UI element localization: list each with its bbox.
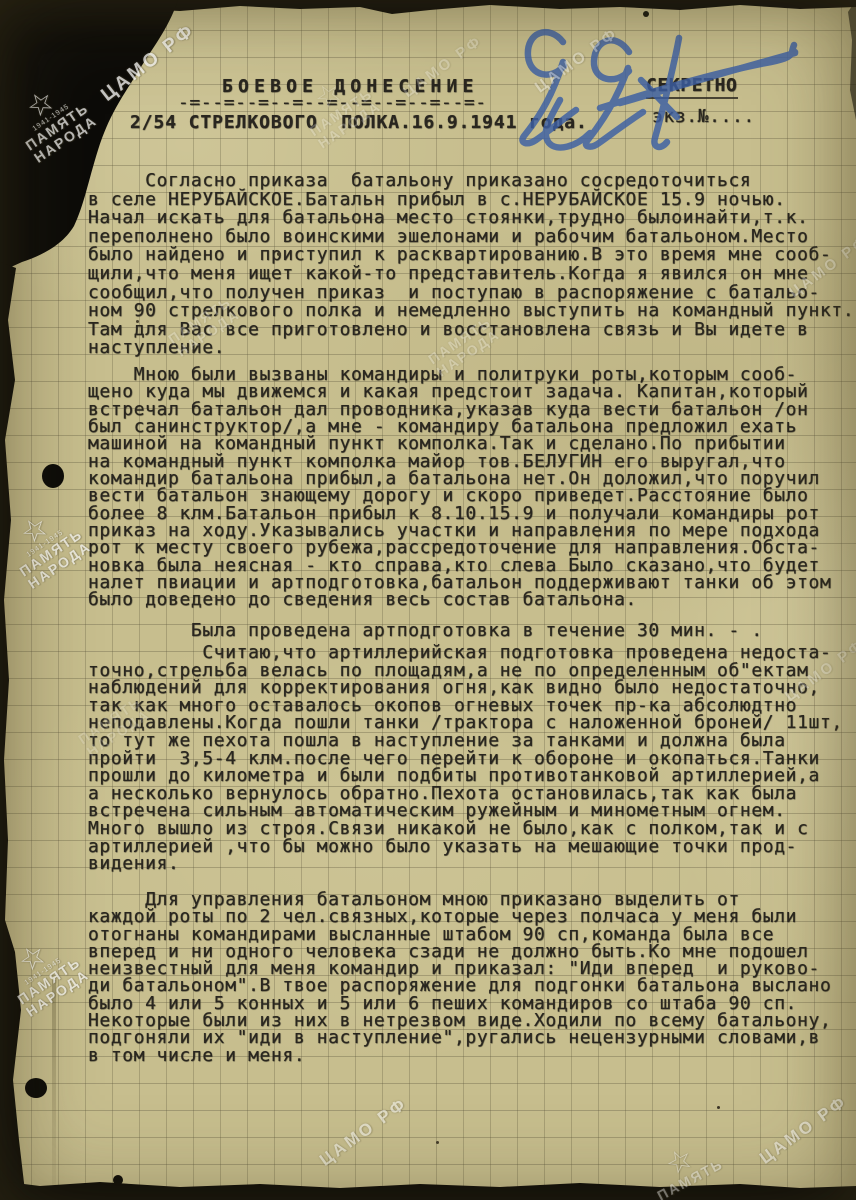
paragraph-2: Мною были вызваны командиры и политруки … [88,366,831,609]
watermark-memory: ☆ ПАМЯТЬ [643,1133,726,1200]
watermark-years: 1941-1945 [19,95,83,141]
watermark-years: 1941-1945 [11,949,75,995]
paper-speck [643,11,649,17]
top-edge-tear [0,0,856,14]
watermark-memory-line1: ПАМЯТЬ [22,100,91,154]
document-page: БОЕВОЕ ДОНЕСЕНИЕ -=--=--=--=--=--=--=--=… [0,0,856,1200]
secrecy-label: СЕКРЕТНО [646,75,738,99]
paper-speck [136,320,139,323]
paper-speck [277,252,281,256]
copy-number-label: экз.№.... [652,106,755,127]
punch-hole [42,464,64,488]
watermark-memory: ☆ 1941-1945 ПАМЯТЬ НАРОДА [0,927,92,1020]
watermark-memory-line2: НАРОДА [31,112,100,166]
paragraph-4: Для управления батальоном мною приказано… [88,891,831,1064]
paragraph-1: Согласно приказа батальону приказано сос… [88,172,854,358]
paper-speck [717,1106,720,1109]
watermark-memory-line2: НАРОДА [25,538,94,592]
watermark-archive: ЦАМО РФ [756,1092,851,1169]
fold-crease [52,980,56,1200]
paragraph-3: Считаю,что артиллерийская подготовка про… [88,644,843,873]
star-icon: ☆ [0,927,71,989]
watermark-archive: ЦАМО РФ [532,25,622,98]
watermark-memory-line2: НАРОДА [23,966,92,1020]
watermark-memory: ☆ 1941-1945 ПАМЯТЬ НАРОДА [5,73,100,166]
watermark-memory-line1: ПАМЯТЬ [14,954,83,1008]
punch-hole [25,1078,47,1098]
star-icon: ☆ [643,1133,719,1190]
watermark-memory: ☆ 1941-1945 ПАМЯТЬ НАРОДА [0,499,94,592]
watermark-years: 1941-1945 [13,521,77,567]
watermark-archive: ЦАМО РФ [316,1094,411,1171]
report-subtitle: 2/54 СТРЕЛКОВОГО ПОЛКА.16.9.1941 года. [130,112,588,133]
bottom-edge-tear [0,1181,856,1200]
paper-speck [436,1141,439,1144]
star-icon: ☆ [0,499,73,561]
right-edge-shade [848,0,856,120]
star-icon: ☆ [5,73,80,135]
artillery-note-line: Была проведена артподготовка в течение 3… [88,620,763,641]
watermark-memory-line1: ПАМЯТЬ [654,1155,726,1200]
title-underline: -=--=--=--=--=--=--=--=--=- [178,92,487,113]
watermark-memory-line1: ПАМЯТЬ [16,526,85,580]
left-edge-tear [0,262,26,1200]
